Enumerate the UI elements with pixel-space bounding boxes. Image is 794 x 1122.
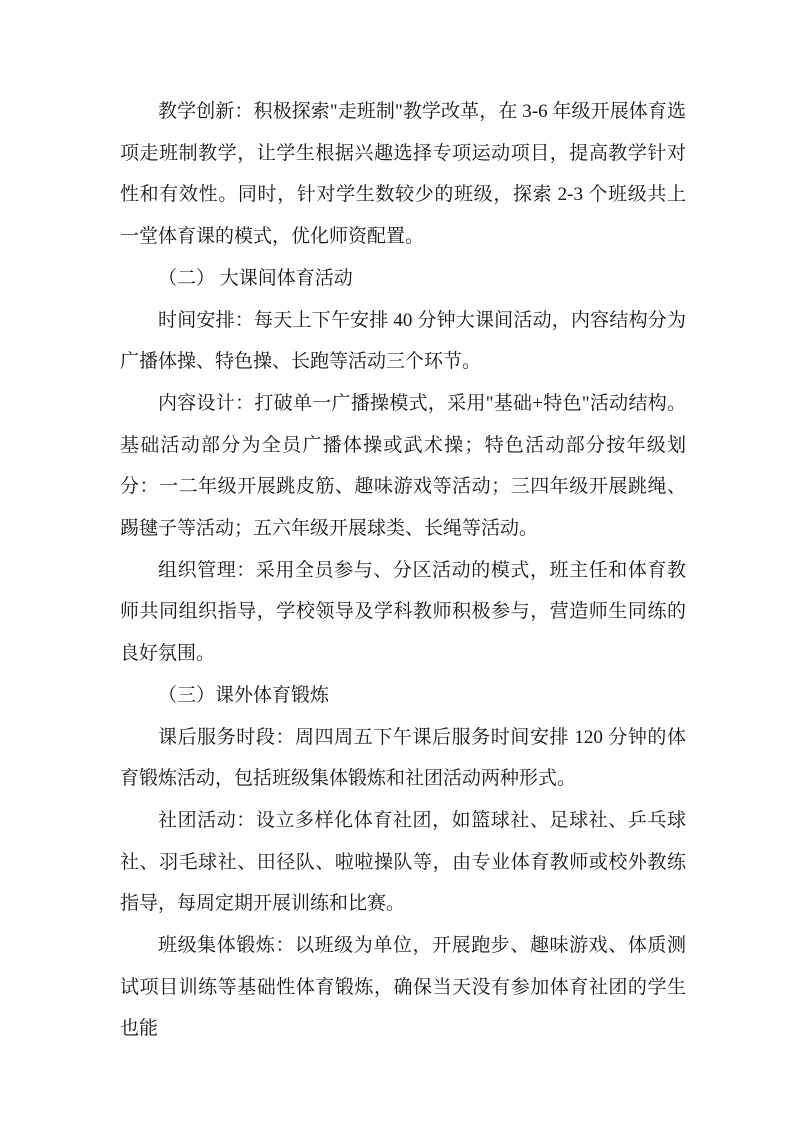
paragraph-class-collective-exercise: 班级集体锻炼：以班级为单位，开展跑步、趣味游戏、体质测试项目训练等基础性体育锻炼…: [120, 925, 686, 1050]
paragraph-organization-management: 组织管理：采用全员参与、分区活动的模式，班主任和体育教师共同组织指导，学校领导及…: [120, 550, 686, 675]
paragraph-after-school-service: 课后服务时段：周四周五下午课后服务时间安排 120 分钟的体育锻炼活动，包括班级…: [120, 717, 686, 800]
paragraph-content-design: 内容设计：打破单一广播操模式，采用"基础+特色"活动结构。基础活动部分为全员广播…: [120, 383, 686, 550]
paragraph-time-arrangement: 时间安排：每天上下午安排 40 分钟大课间活动，内容结构分为广播体操、特色操、长…: [120, 300, 686, 383]
document-page: 教学创新：积极探索"走班制"教学改革，在 3-6 年级开展体育选项走班制教学，让…: [0, 0, 794, 1122]
paragraph-club-activities: 社团活动：设立多样化体育社团，如篮球社、足球社、乒乓球社、羽毛球社、田径队、啦啦…: [120, 800, 686, 925]
section-heading-large-recess-activity: （二） 大课间体育活动: [120, 258, 686, 300]
section-heading-extracurricular-exercise: （三）课外体育锻炼: [120, 675, 686, 717]
paragraph-teaching-innovation: 教学创新：积极探索"走班制"教学改革，在 3-6 年级开展体育选项走班制教学，让…: [120, 91, 686, 258]
